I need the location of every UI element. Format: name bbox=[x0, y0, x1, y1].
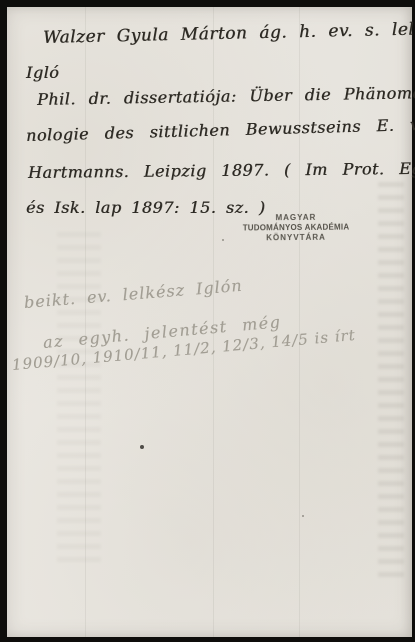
ink-line-imprint: Hartmanns. Leipzig 1897. ( Im Prot. Egyh bbox=[28, 159, 415, 182]
ink-dot bbox=[140, 445, 144, 449]
scanned-catalog-card: { "card": { "ink_lines": [ "Walzer Gyula… bbox=[0, 0, 415, 642]
ink-line-citation: és Isk. lap 1897: 15. sz. ) bbox=[26, 198, 265, 217]
paper-speck bbox=[302, 515, 304, 517]
paper-speck bbox=[222, 239, 224, 241]
stamp-line-3: KÖNYVTÁRA bbox=[233, 232, 359, 243]
bleedthrough-column bbox=[378, 182, 404, 577]
stamp-line-2: TUDOMÁNYOS AKADÉMIA bbox=[233, 222, 359, 233]
library-stamp: MAGYAR TUDOMÁNYOS AKADÉMIA KÖNYVTÁRA bbox=[233, 212, 359, 243]
ink-line-author: Walzer Gyula Márton ág. h. ev. s. lelkés… bbox=[43, 19, 415, 48]
ink-line-place: Igló bbox=[26, 63, 59, 82]
ink-line-title-1: Phil. dr. dissertatiója: Über die Phänom… bbox=[37, 83, 415, 109]
paper-card: Walzer Gyula Márton ág. h. ev. s. lelkés… bbox=[7, 7, 412, 637]
bleedthrough-column bbox=[57, 232, 101, 562]
